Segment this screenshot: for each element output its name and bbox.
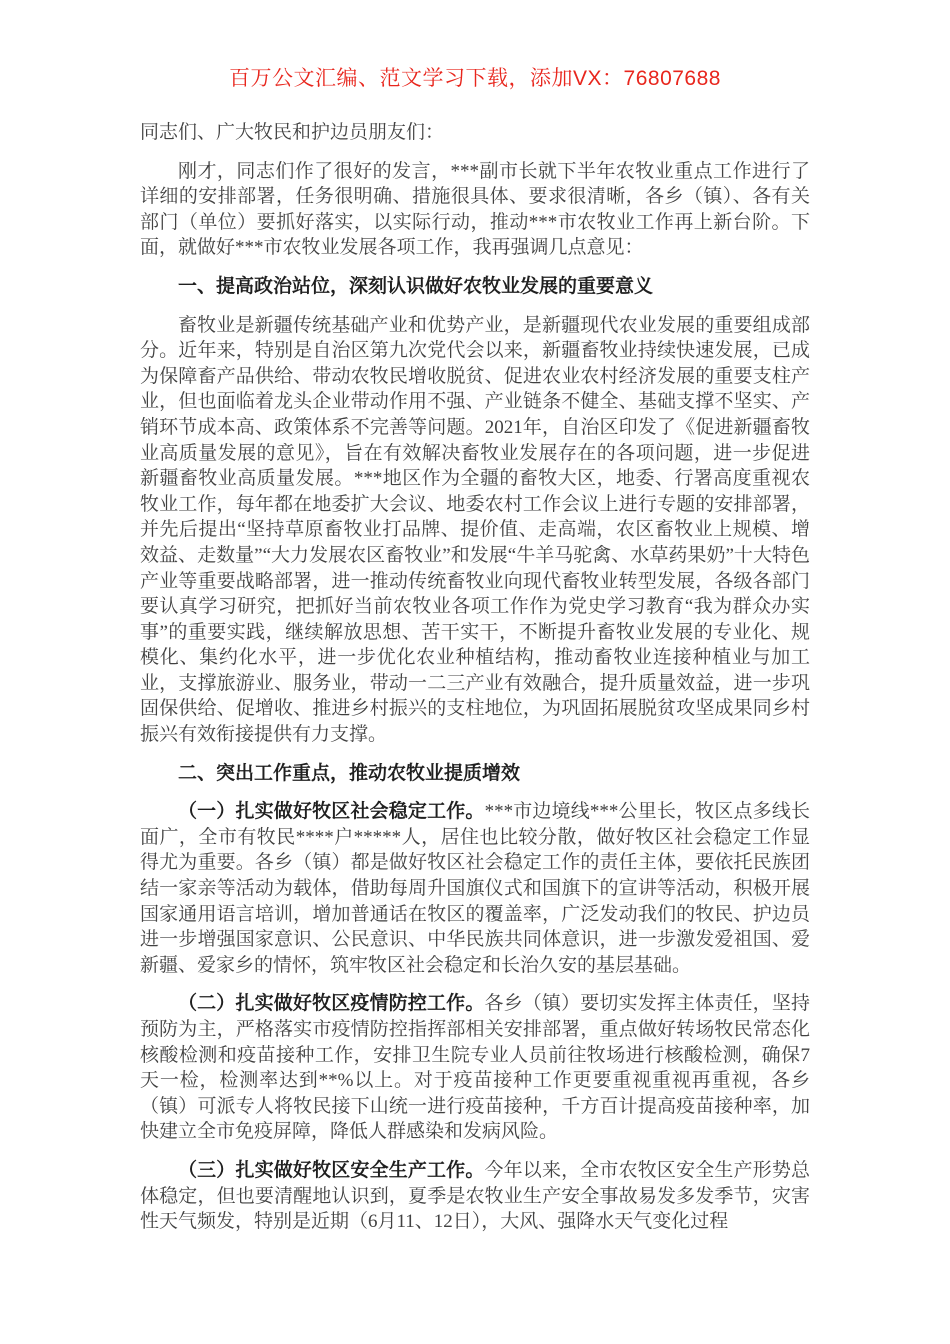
section-2-heading: 二、突出工作重点，推动农牧业提质增效: [140, 761, 810, 787]
salutation: 同志们、广大牧民和护边员朋友们：: [140, 120, 810, 146]
subsection-3-paragraph: （三）扎实做好牧区安全生产工作。今年以来，全市农牧区安全生产形势总体稳定，但也要…: [140, 1158, 810, 1235]
subsection-2-lead: （二）扎实做好牧区疫情防控工作。: [178, 993, 485, 1014]
subsection-3-lead: （三）扎实做好牧区安全生产工作。: [178, 1160, 485, 1181]
intro-paragraph: 刚才，同志们作了很好的发言，***副市长就下半年农牧业重点工作进行了详细的安排部…: [140, 159, 810, 261]
subsection-2-paragraph: （二）扎实做好牧区疫情防控工作。各乡（镇）要切实发挥主体责任，坚持预防为主，严格…: [140, 991, 810, 1145]
promo-banner: 百万公文汇编、范文学习下载，添加VX：76807688: [140, 64, 810, 94]
document-page: 百万公文汇编、范文学习下载，添加VX：76807688 同志们、广大牧民和护边员…: [0, 0, 950, 1344]
subsection-1-paragraph: （一）扎实做好牧区社会稳定工作。***市边境线***公里长，牧区点多线长面广，全…: [140, 799, 810, 978]
section-1-paragraph: 畜牧业是新疆传统基础产业和优势产业，是新疆现代农业发展的重要组成部分。近年来，特…: [140, 313, 810, 748]
section-1-heading: 一、提高政治站位，深刻认识做好农牧业发展的重要意义: [140, 274, 810, 300]
document-body: 同志们、广大牧民和护边员朋友们： 刚才，同志们作了很好的发言，***副市长就下半…: [140, 120, 810, 1235]
subsection-1-lead: （一）扎实做好牧区社会稳定工作。: [178, 801, 485, 822]
subsection-1-body: ***市边境线***公里长，牧区点多线长面广，全市有牧民****户*****人，…: [140, 801, 810, 976]
subsection-2-body: 各乡（镇）要切实发挥主体责任，坚持预防为主，严格落实市疫情防控指挥部相关安排部署…: [140, 993, 810, 1142]
